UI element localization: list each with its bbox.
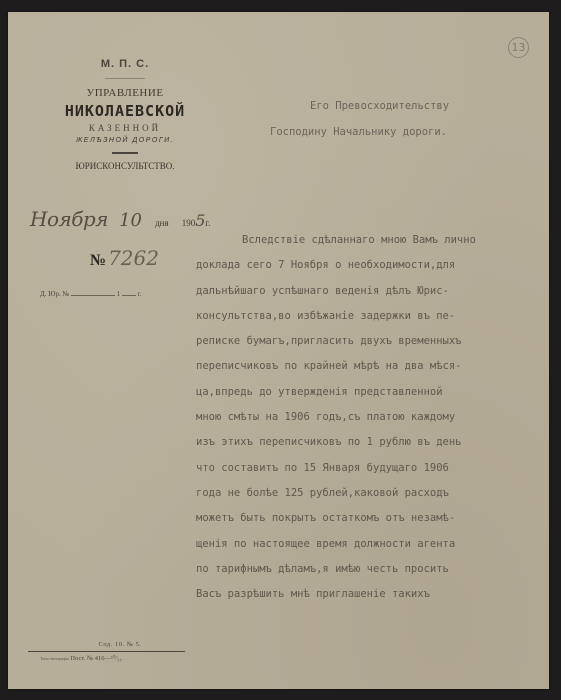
reference-line: Д. Юр. № 1 г. [40,290,142,298]
body-line: года не болѣе 125 рублей,каковой расходъ [196,481,546,506]
body-line: дальнѣйшаго успѣшнаго веденія дѣлъ Юрис- [196,279,546,304]
date-day-handwritten: 10 [119,210,142,231]
body-line: Вследствіе сдѣланнаго мною Вамъ лично [196,228,546,253]
date-year-suffix: г. [205,218,210,228]
addressee-line-1: Его Превосходительству [270,93,449,119]
body-line: доклада сего 7 Ноября о необходимости,дл… [196,253,546,278]
letterhead-railway-name: НИКОЛАЕВСКОЙ [30,102,220,120]
archive-sheet-stamp: 13 [508,37,529,58]
body-line: можетъ быть покрытъ остаткомъ отъ незамѣ… [196,506,546,531]
footer-divider [28,651,185,652]
reference-prefix: Д. Юр. № [40,290,69,298]
letter-body: Вследствіе сдѣланнаго мною Вамъ лично до… [196,228,546,607]
body-line: переписчиковъ по крайней мѣрѣ на два мѣс… [196,354,546,379]
reference-mid: 1 [117,290,121,298]
footer-printer: Типо-литографія [40,656,69,661]
date-year-printed: 190 [182,218,196,228]
number-sign: № [90,252,106,269]
footer-print-info: Типо-литографія Пост. № 416—¹⁰⁄₃₁. [40,654,200,662]
body-line: Васъ разрѣшить мнѣ приглашеніе такихъ [196,582,546,607]
letterhead-divider [105,78,145,79]
letterhead-administration: УПРАВЛЕНИЕ [30,87,220,99]
body-line: что составитъ по 15 Января будущаго 1906 [196,456,546,481]
footer-print-order: Пост. № 416—¹⁰⁄₃₁. [70,655,122,662]
body-line: консультства,во избѣжаніе задержки въ пе… [196,304,546,329]
reference-blank-number [71,295,115,296]
date-month-handwritten: Ноября [30,207,108,231]
body-line: ца,впредь до утвержденія представленной [196,380,546,405]
form-footer: Сод. 10. № 5. Типо-литографія Пост. № 41… [40,641,200,662]
number-value-handwritten: 7262 [108,246,159,270]
letterhead-railway-qualifier: КАЗЕННОЙ [30,123,220,133]
letterhead: М. П. С. УПРАВЛЕНИЕ НИКОЛАЕВСКОЙ КАЗЕННО… [30,58,220,171]
body-line: изъ этихъ переписчиковъ по 1 рублю въ де… [196,430,546,455]
reference-blank-year [122,295,136,296]
letterhead-ministry: М. П. С. [30,58,220,70]
body-line: щенія по настоящее время должности агент… [196,532,546,557]
date-day-label: дня [155,218,169,228]
letterhead-department: ЮРИСКОНСУЛЬТСТВО. [30,161,220,171]
body-line: по тарифнымъ дѣламъ,я имѣю честь просить [196,557,546,582]
addressee-block: Его Превосходительству Господину Начальн… [270,93,449,145]
addressee-line-2: Господину Начальнику дороги. [270,119,449,145]
letterhead-divider-thick [112,152,138,154]
outgoing-number: №7262 [90,246,159,270]
body-line: реписке бумагъ,пригласить двухъ временны… [196,329,546,354]
body-line: мною смѣты на 1906 годъ,съ платою каждом… [196,405,546,430]
footer-form-code: Сод. 10. № 5. [40,641,200,648]
letterhead-railway-type: ЖЕЛѢЗНОЙ ДОРОГИ. [30,137,220,144]
reference-suffix: г. [138,290,142,298]
